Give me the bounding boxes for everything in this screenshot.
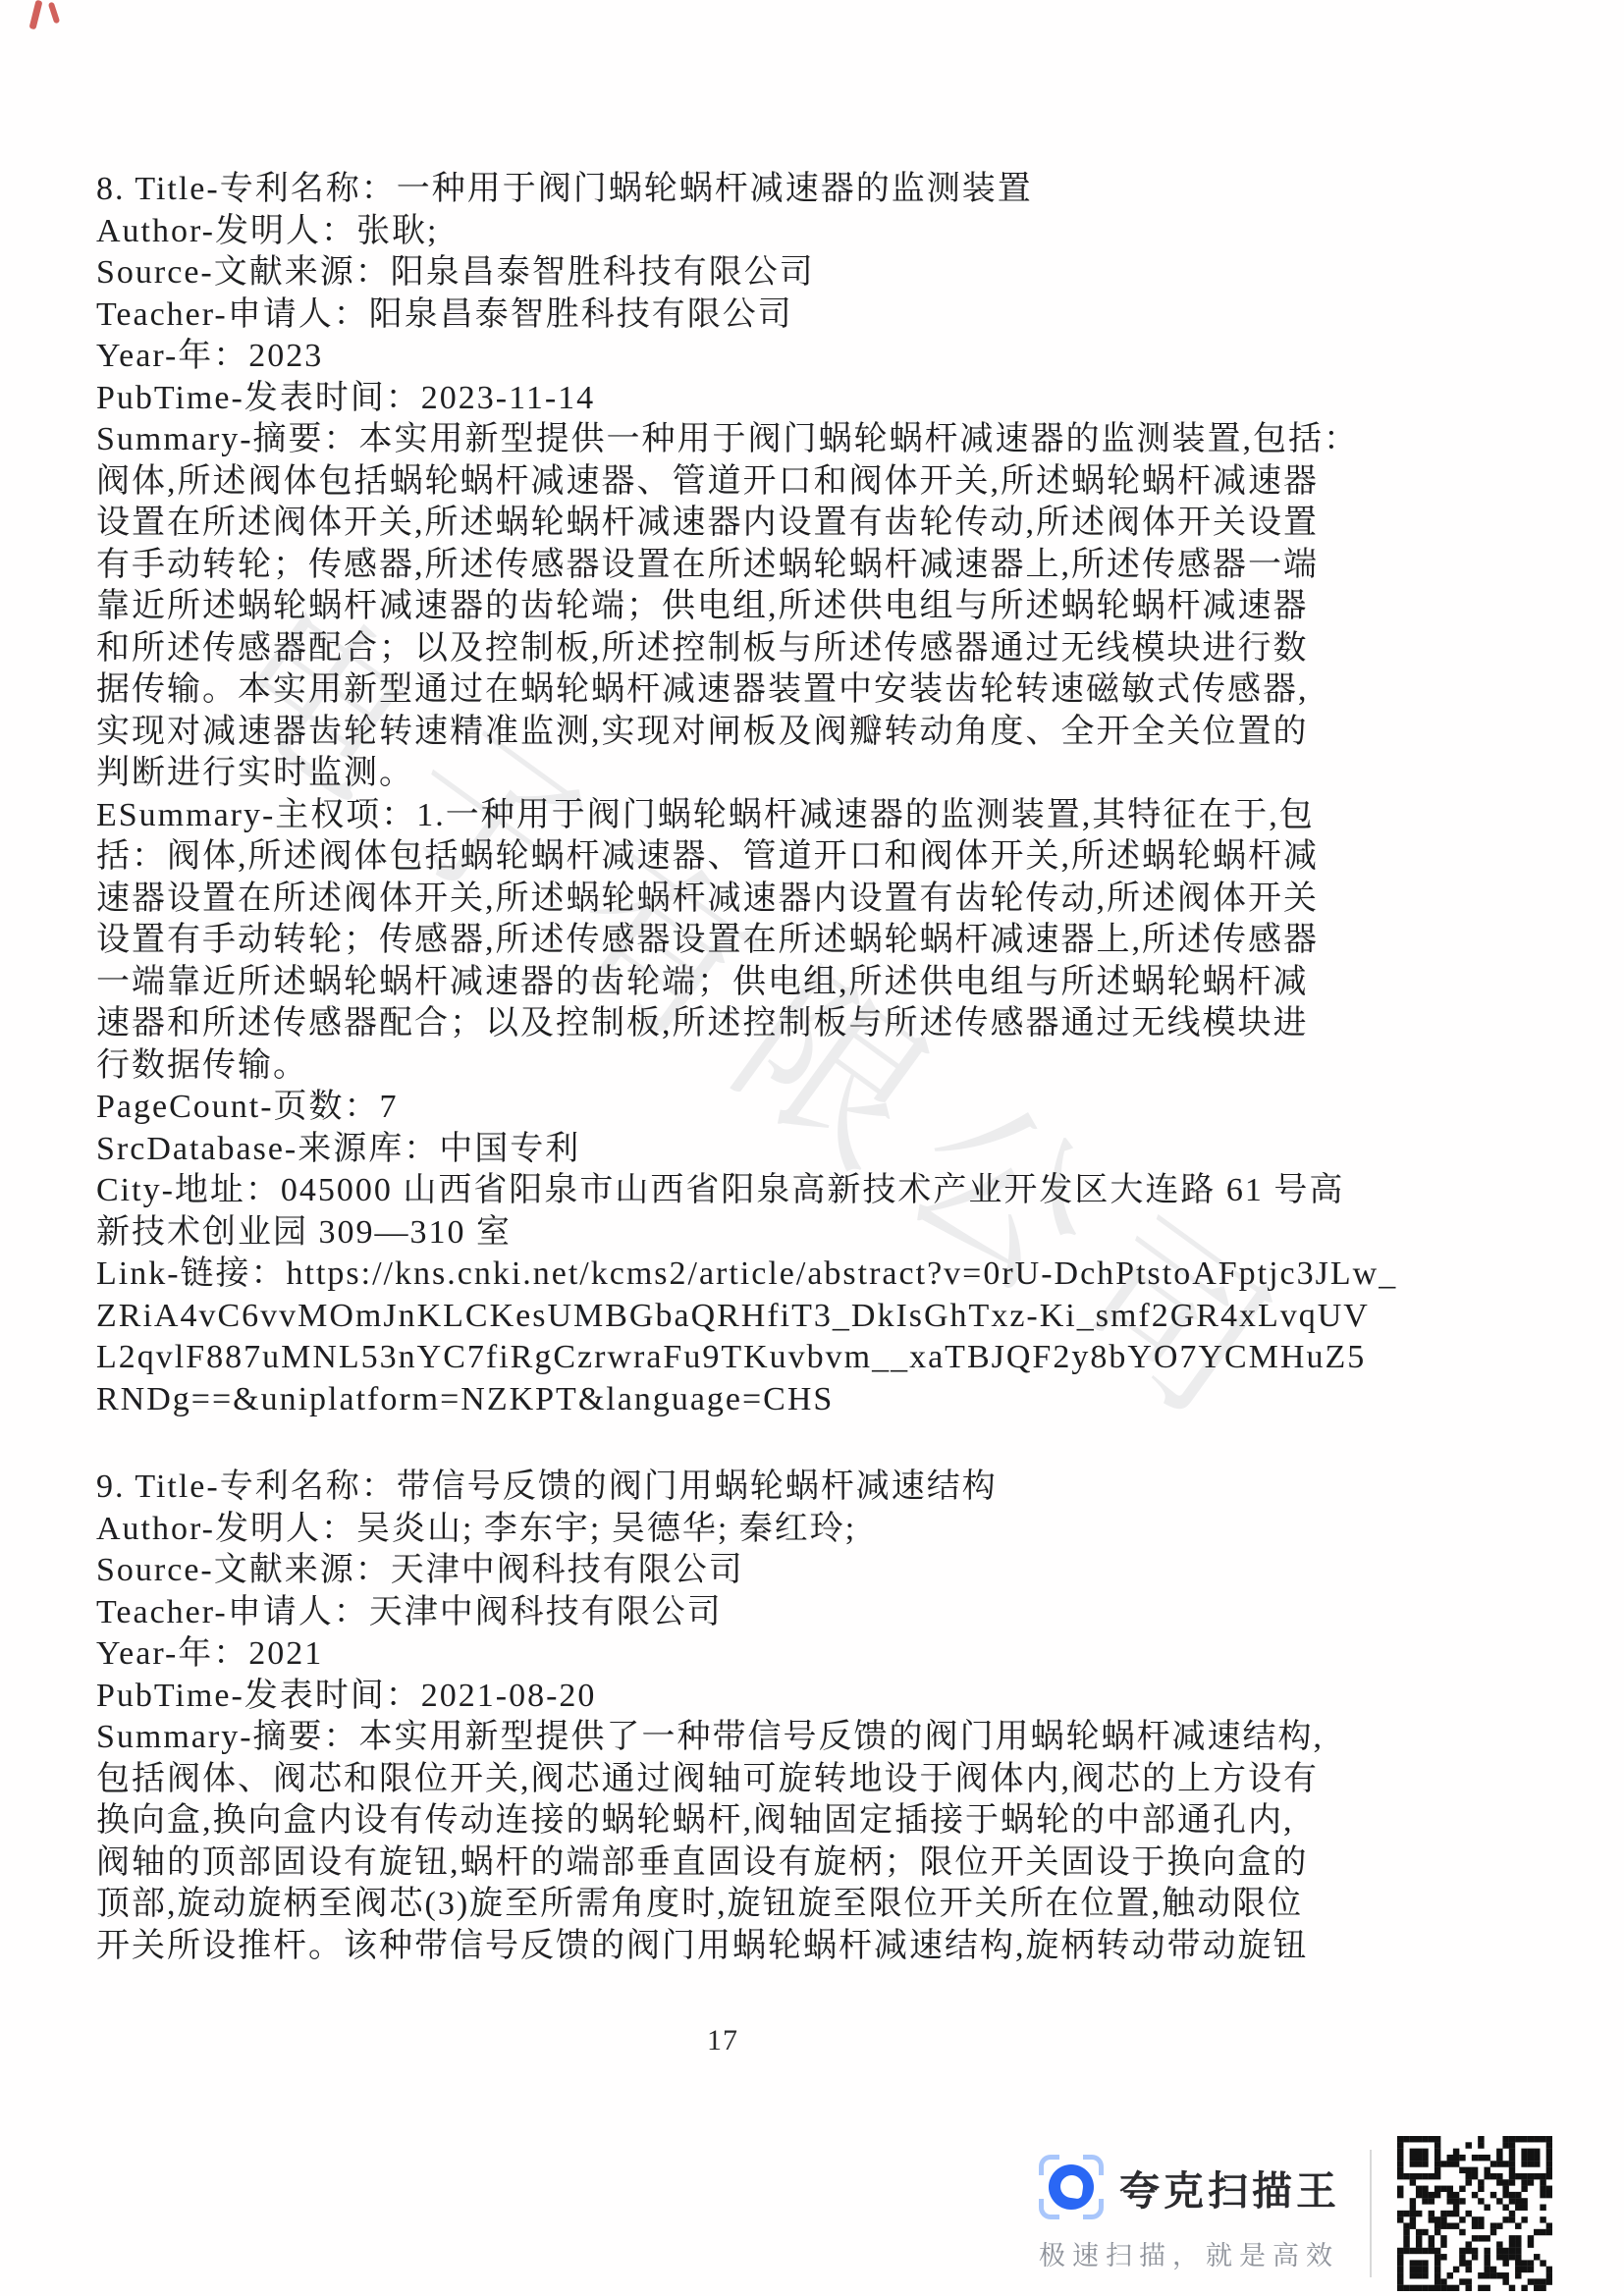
record-separator (96, 1420, 1373, 1467)
document-line: 新技术创业园 309—310 室 (96, 1212, 1373, 1255)
brand-block: 夸克扫描王 极速扫描，就是高效 (1039, 2155, 1340, 2272)
document-line: Teacher-申请人：阳泉昌泰智胜科技有限公司 (96, 294, 1373, 337)
document-line: Author-发明人：张耿; (96, 211, 1373, 253)
qr-code-icon (1397, 2136, 1552, 2291)
document-line: L2qvlF887uMNL53nYC7fiRgCzrwraFu9TKuvbvm_… (96, 1337, 1373, 1379)
document-line: Author-发明人：吴炎山; 李东宇; 吴德华; 秦红玲; (96, 1509, 1373, 1551)
record-8-patent: 8. Title-专利名称：一种用于阀门蜗轮蜗杆减速器的监测装置Author-发… (96, 169, 1373, 1420)
document-line: Summary-摘要：本实用新型提供了一种带信号反馈的阀门用蜗轮蜗杆减速结构, (96, 1717, 1373, 1759)
document-line: RNDg==&uniplatform=NZKPT&language=CHS (96, 1379, 1373, 1421)
document-line: PubTime-发表时间：2021-08-20 (96, 1676, 1373, 1718)
document-line: 和所述传感器配合；以及控制板,所述控制板与所述传感器通过无线模块进行数 (96, 628, 1373, 670)
document-line: 包括阀体、阀芯和限位开关,阀芯通过阀轴可旋转地设于阀体内,阀芯的上方设有 (96, 1759, 1373, 1801)
document-line: Summary-摘要：本实用新型提供一种用于阀门蜗轮蜗杆减速器的监测装置,包括： (96, 419, 1373, 461)
document-line: 设置有手动转轮；传感器,所述传感器设置在所述蜗轮蜗杆减速器上,所述传感器 (96, 920, 1373, 962)
document-line: Teacher-申请人：天津中阀科技有限公司 (96, 1592, 1373, 1634)
document-line: Year-年：2023 (96, 336, 1373, 378)
document-line: 行数据传输。 (96, 1045, 1373, 1088)
document-line: 换向盒,换向盒内设有传动连接的蜗轮蜗杆,阀轴固定插接于蜗轮的中部通孔内, (96, 1800, 1373, 1842)
document-line: 实现对减速器齿轮转速精准监测,实现对闸板及阀瓣转动角度、全开全关位置的 (96, 712, 1373, 754)
document-line: 有手动转轮；传感器,所述传感器设置在所述蜗轮蜗杆减速器上,所述传感器一端 (96, 545, 1373, 587)
document-line: 据传输。本实用新型通过在蜗轮蜗杆减速器装置中安装齿轮转速磁敏式传感器, (96, 669, 1373, 712)
red-pen-mark (28, 0, 42, 29)
document-line: 顶部,旋动旋柄至阀芯(3)旋至所需角度时,旋钮旋至限位开关所在位置,触动限位 (96, 1884, 1373, 1926)
document-line: SrcDatabase-来源库：中国专利 (96, 1129, 1373, 1171)
record-9-patent: 9. Title-专利名称：带信号反馈的阀门用蜗轮蜗杆减速结构Author-发明… (96, 1467, 1373, 1967)
document-content: 8. Title-专利名称：一种用于阀门蜗轮蜗杆减速器的监测装置Author-发… (96, 169, 1373, 1967)
document-line: ZRiA4vC6vvMOmJnKLCKesUMBGbaQRHfiT3_DkIsG… (96, 1296, 1373, 1338)
document-line: Source-文献来源：天津中阀科技有限公司 (96, 1550, 1373, 1592)
document-line: 判断进行实时监测。 (96, 753, 1373, 795)
logo-circle (1049, 2164, 1094, 2210)
document-line: 9. Title-专利名称：带信号反馈的阀门用蜗轮蜗杆减速结构 (96, 1467, 1373, 1509)
document-line: 靠近所述蜗轮蜗杆减速器的齿轮端；供电组,所述供电组与所述蜗轮蜗杆减速器 (96, 586, 1373, 628)
document-line: PubTime-发表时间：2023-11-14 (96, 378, 1373, 420)
footer-divider (1370, 2150, 1372, 2277)
document-line: 8. Title-专利名称：一种用于阀门蜗轮蜗杆减速器的监测装置 (96, 169, 1373, 211)
quark-scan-logo-icon (1039, 2155, 1104, 2219)
document-line: 括：阀体,所述阀体包括蜗轮蜗杆减速器、管道开口和阀体开关,所述蜗轮蜗杆减 (96, 836, 1373, 879)
document-line: Year-年：2021 (96, 1633, 1373, 1676)
brand-slogan: 极速扫描，就是高效 (1039, 2234, 1340, 2272)
document-line: 开关所设推杆。该种带信号反馈的阀门用蜗轮蜗杆减速结构,旋柄转动带动旋钮 (96, 1926, 1373, 1968)
document-line: 阀轴的顶部固设有旋钮,蜗杆的端部垂直固设有旋柄；限位开关固设于换向盒的 (96, 1842, 1373, 1885)
document-line: PageCount-页数：7 (96, 1087, 1373, 1129)
red-pen-mark (48, 2, 61, 25)
document-line: ESummary-主权项：1.一种用于阀门蜗轮蜗杆减速器的监测装置,其特征在于,… (96, 795, 1373, 837)
scanner-app-footer: 夸克扫描王 极速扫描，就是高效 (1039, 2136, 1552, 2291)
brand-name: 夸克扫描王 (1119, 2159, 1340, 2216)
document-line: 设置在所述阀体开关,所述蜗轮蜗杆减速器内设置有齿轮传动,所述阀体开关设置 (96, 503, 1373, 545)
document-line: Source-文献来源：阳泉昌泰智胜科技有限公司 (96, 252, 1373, 294)
page-number: 17 (0, 2024, 1445, 2057)
document-line: 一端靠近所述蜗轮蜗杆减速器的齿轮端；供电组,所述供电组与所述蜗轮蜗杆减 (96, 962, 1373, 1004)
document-line: 速器设置在所述阀体开关,所述蜗轮蜗杆减速器内设置有齿轮传动,所述阀体开关 (96, 879, 1373, 921)
document-line: 速器和所述传感器配合；以及控制板,所述控制板与所述传感器通过无线模块进 (96, 1003, 1373, 1045)
document-line: Link-链接：https://kns.cnki.net/kcms2/artic… (96, 1254, 1373, 1296)
document-line: 阀体,所述阀体包括蜗轮蜗杆减速器、管道开口和阀体开关,所述蜗轮蜗杆减速器 (96, 461, 1373, 504)
document-line: City-地址：045000 山西省阳泉市山西省阳泉高新技术产业开发区大连路 6… (96, 1170, 1373, 1212)
scanned-page: 电子有限公司 8. Title-专利名称：一种用于阀门蜗轮蜗杆减速器的监测装置A… (0, 0, 1624, 2296)
logo-bubble (1059, 2174, 1085, 2200)
